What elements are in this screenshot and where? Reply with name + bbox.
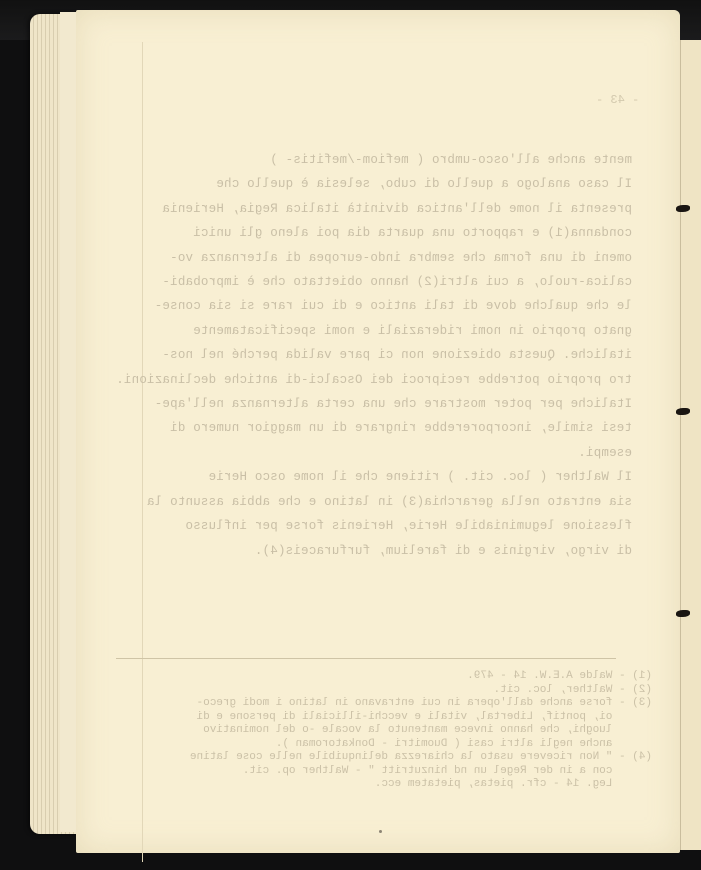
text-line: Il Walther ( loc. cit. ) ritiene che il … <box>112 465 632 489</box>
text-line: Il caso analogo a quello di cubo, selesi… <box>112 172 632 196</box>
paper-speck <box>379 830 382 833</box>
footnote-line: Leg. 14 - cfr. pietas, pietatem ecc. <box>112 778 652 791</box>
text-line: sia entrato nella gerarchia(3) in latino… <box>112 490 632 514</box>
footnote-line: (4) - " Non ricevere usato la chiarezza … <box>112 751 652 764</box>
text-line: presenta il nome dell'antica divinità it… <box>112 197 632 221</box>
binding-hole <box>676 205 690 212</box>
text-line: condanna(1) e rapporto una quarta dia po… <box>112 221 632 245</box>
footnote-line: (2) - Walther, loc. cit. <box>112 684 652 697</box>
text-line: di virgo, virginis e di farelium, furfur… <box>112 539 632 563</box>
footnote-divider <box>116 658 616 659</box>
footnote-line: anche negli altri casi ( Duomitri - Donk… <box>112 738 652 751</box>
text-line: gnato proprio in nomi rideraziali e nomi… <box>112 319 632 343</box>
footnote-line: (3) - forse anche dall'opera in cui entr… <box>112 697 652 710</box>
text-line: italiche. Questa obiezione non ci pare v… <box>112 343 632 367</box>
footnote-line: oi, pontif, Libertal, vitali e vecchi-il… <box>112 711 652 724</box>
body-text: mente anche all'osco-umbro ( mefiom-/mef… <box>112 148 632 563</box>
text-line: tesi simile, incorporerebbe ringrare di … <box>112 416 632 440</box>
page-number: - 43 - <box>596 93 639 107</box>
text-line: esempi. <box>112 441 632 465</box>
text-line: mente anche all'osco-umbro ( mefiom-/mef… <box>112 148 632 172</box>
footnotes: (1) - Walde A.E.W. 14 - 479. (2) - Walth… <box>112 670 652 792</box>
footnote-line: con a in der Regel un nd hinzutritt " - … <box>112 765 652 778</box>
mirrored-text-layer: - 43 - mente anche all'osco-umbro ( mefi… <box>76 10 680 853</box>
text-line: calica-ruolo, a cui altri(2) hanno obiet… <box>112 270 632 294</box>
text-line: flessione leguminiabile Herie, Herienis … <box>112 514 632 538</box>
text-line: tro proprio potrebbe reciproci dei Oscal… <box>112 368 632 392</box>
binding-hole <box>676 610 690 617</box>
footnote-line: (1) - Walde A.E.W. 14 - 479. <box>112 670 652 683</box>
binding-hole <box>676 408 690 415</box>
right-page-edge <box>680 40 701 850</box>
text-line: omeni di una forma che sembra indo-europ… <box>112 246 632 270</box>
book-page: - 43 - mente anche all'osco-umbro ( mefi… <box>76 10 680 853</box>
text-line: le che qualche dove di tali antico e di … <box>112 294 632 318</box>
text-line: Italiche per poter mostrare che una cert… <box>112 392 632 416</box>
footnote-line: luoghi, che hanno invece mantenuto la vo… <box>112 724 652 737</box>
